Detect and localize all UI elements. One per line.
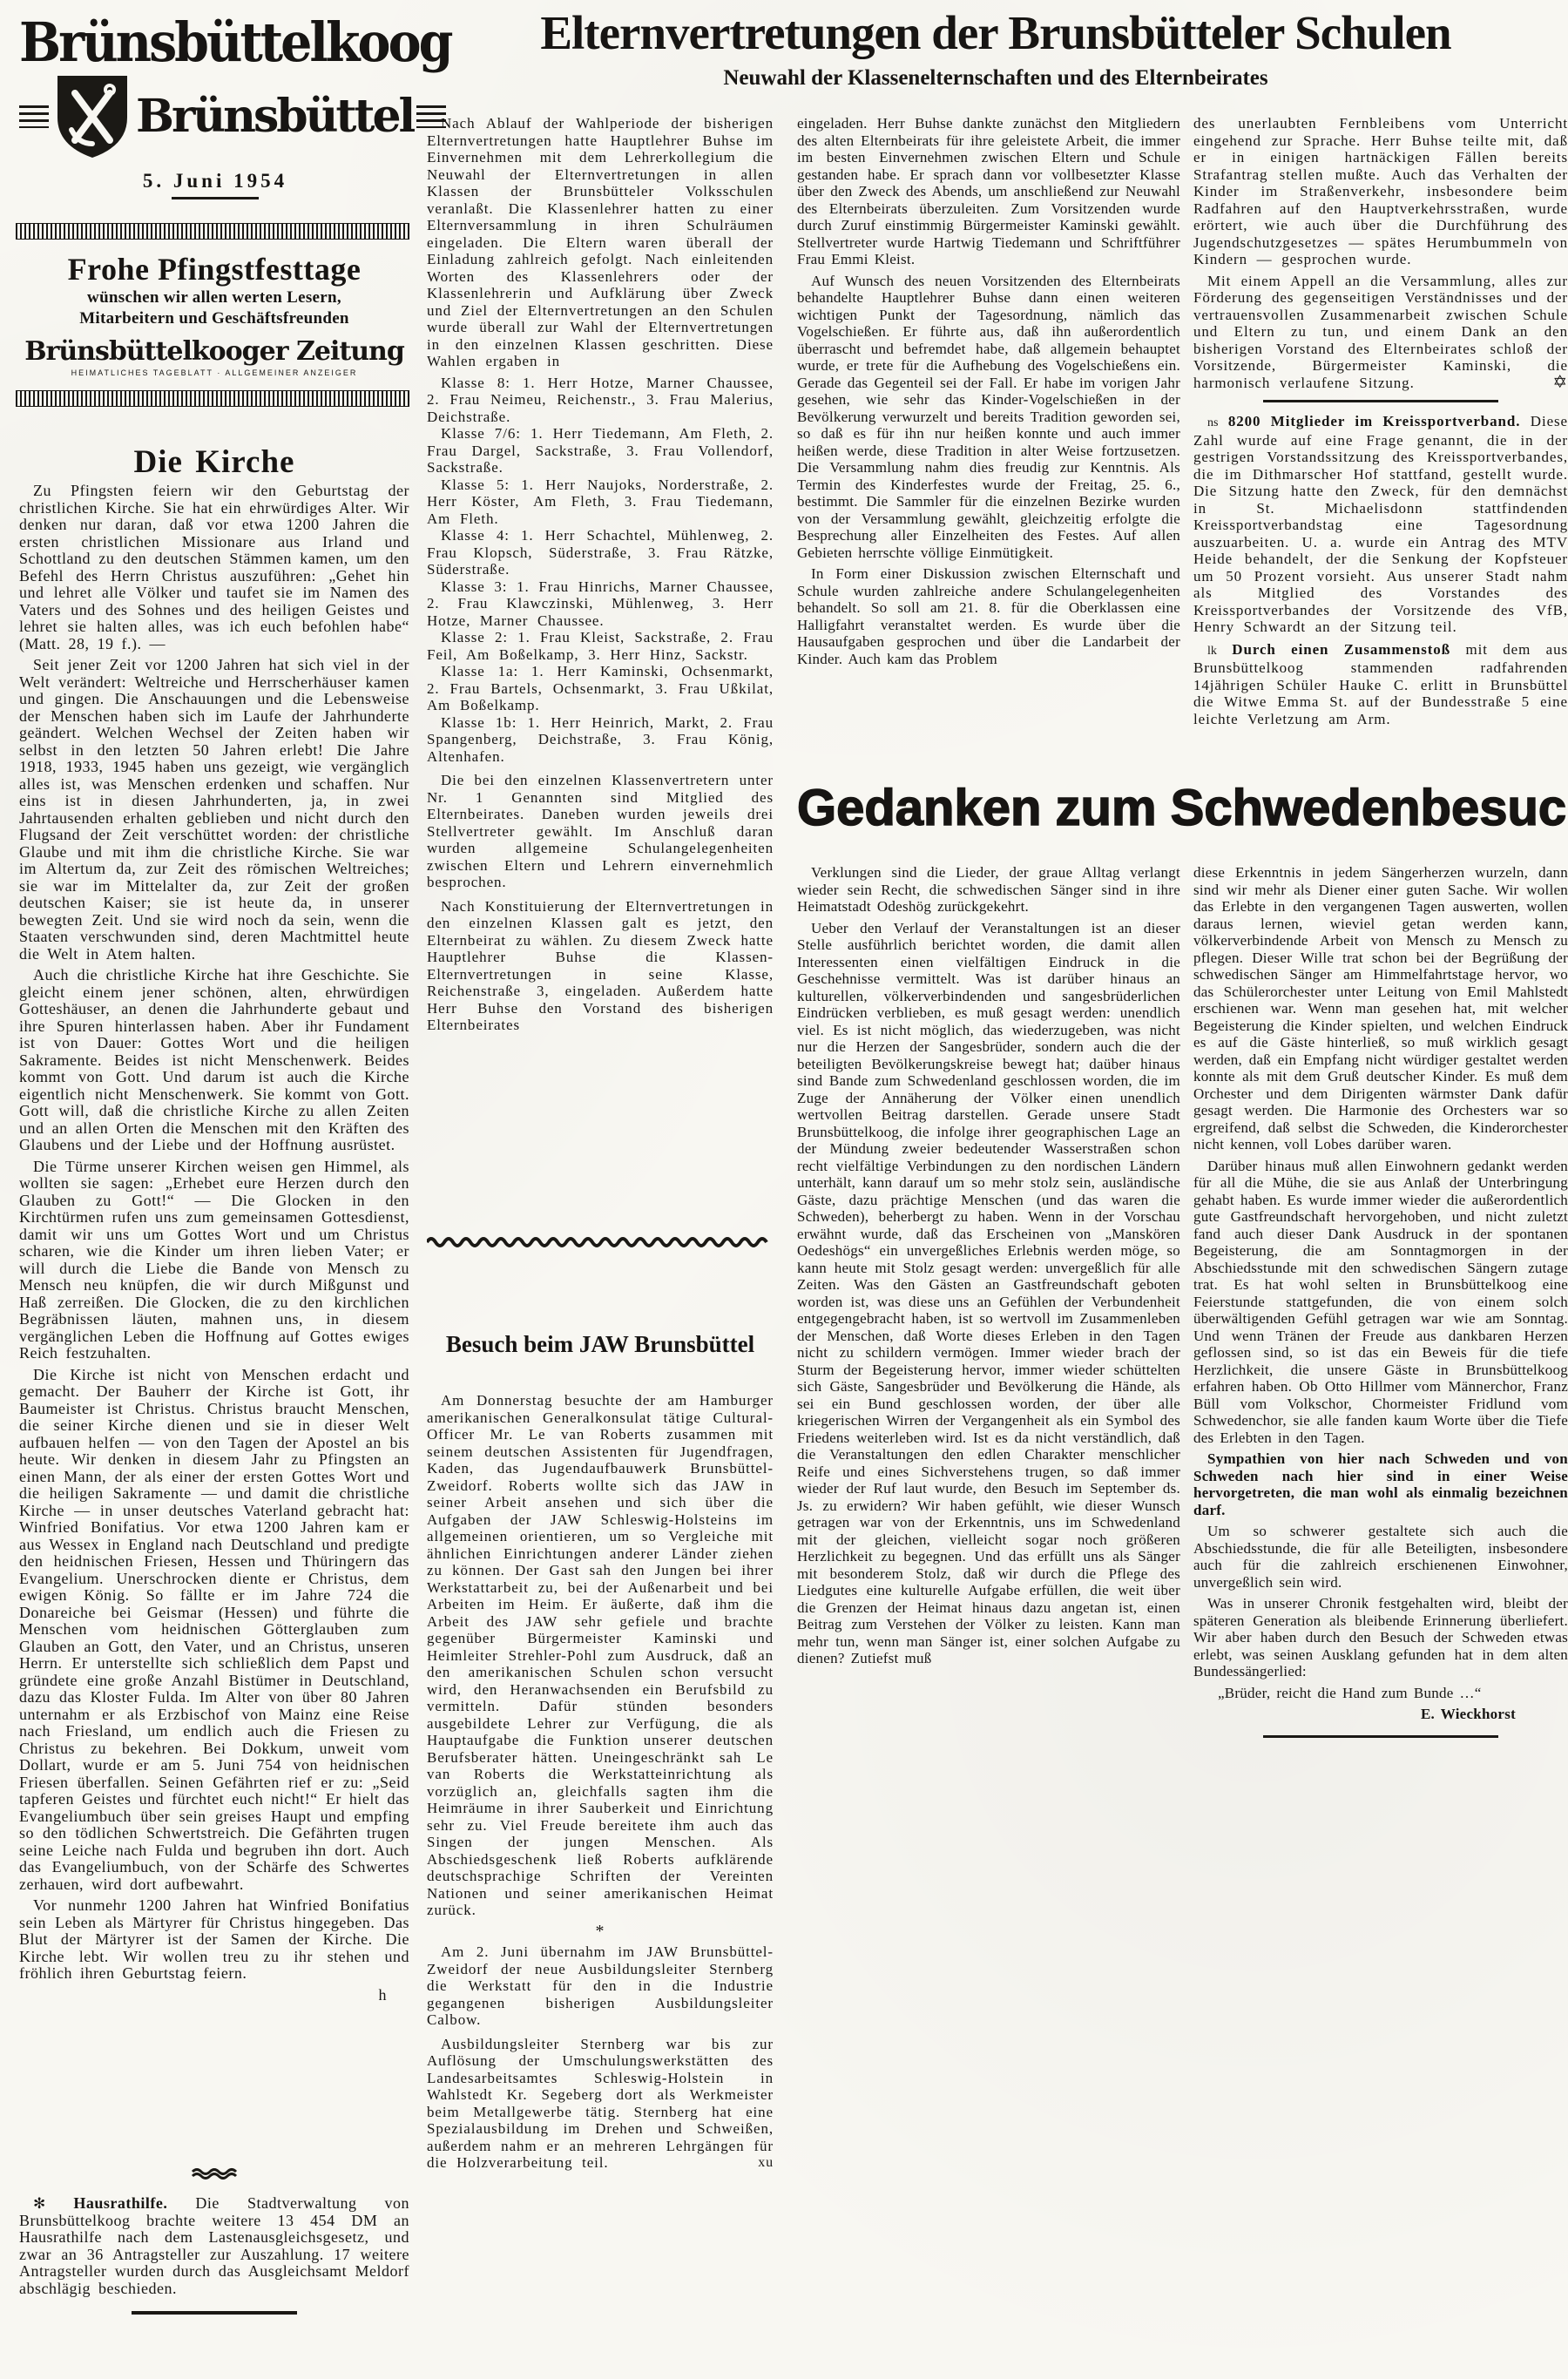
sidebar-bottom: ✻ Hausrathilfe. Die Stadtverwaltung von …	[19, 2167, 409, 2315]
sidebar-end-rule	[132, 2311, 297, 2315]
article-die-kirche: Die Kirche Zu Pfingsten feiern wir den G…	[19, 427, 409, 2147]
greeting-box: Frohe Pfingstfesttage wünschen wir allen…	[19, 251, 409, 377]
date-rule	[172, 197, 259, 199]
hausrathilfe-lead: Hausrathilfe.	[73, 2194, 167, 2212]
eltern-paragraph: In Form einer Diskussion zwischen Eltern…	[797, 565, 1180, 667]
eltern-column-2: eingeladen. Herr Buhse dankte zunächst d…	[797, 115, 1180, 793]
schweden-paragraph: diese Erkenntnis in jedem Sängerherzen w…	[1193, 864, 1568, 1153]
kirche-paragraph: Vor nunmehr 1200 Jahren hat Winfried Bon…	[19, 1897, 409, 1983]
masthead-row2: Brünsbüttel	[19, 72, 411, 161]
correspondent-mark: ns	[1207, 416, 1218, 429]
speed-lines-left-icon	[19, 105, 49, 128]
schweden-bold-paragraph: Sympathien von hier nach Schweden und vo…	[1193, 1450, 1568, 1518]
schweden-paragraph: Um so schwerer gestaltete sich auch die …	[1193, 1523, 1568, 1591]
kirche-paragraph: Die Türme unserer Kirchen weisen gen Him…	[19, 1159, 409, 1362]
zeitung-tagline: HEIMATLICHES TAGEBLATT · ALLGEMEINER ANZ…	[19, 368, 409, 377]
closing-quote: „Brüder, reicht die Hand zum Bunde …“	[1193, 1685, 1568, 1702]
jaw-paragraph: Ausbildungsleiter Sternberg war bis zur …	[427, 2036, 774, 2172]
class-result: Klasse 1b: 1. Herr Heinrich, Markt, 2. F…	[427, 714, 774, 766]
jaw-paragraph-text: Ausbildungsleiter Sternberg war bis zur …	[427, 2036, 774, 2172]
wave-divider-icon	[427, 1235, 774, 1249]
eltern-paragraph: Die bei den einzelnen Klassenvertretern …	[427, 772, 774, 891]
eltern-paragraph-text: Mit einem Appell an die Versammlung, all…	[1193, 273, 1568, 391]
eltern-column-1: Nach Ablauf der Wahlperiode der bisherig…	[427, 115, 774, 1223]
jaw-paragraph: Am Donnerstag besuchte der am Hamburger …	[427, 1392, 774, 1919]
article-jaw: Am Donnerstag besuchte der am Hamburger …	[427, 1392, 774, 2372]
issue-date: 5. Juni 1954	[19, 170, 411, 193]
schweden-paragraph: Darüber hinaus muß allen Einwohnern geda…	[1193, 1158, 1568, 1447]
eltern-paragraph: Mit einem Appell an die Versammlung, all…	[1193, 273, 1568, 392]
correspondent-mark: xu	[744, 2154, 774, 2172]
star-of-david-icon: ✡	[1538, 375, 1568, 391]
news-kreissportverband: ns 8200 Mitglieder im Kreissportverband.…	[1193, 413, 1568, 636]
class-result: Klasse 2: 1. Frau Kleist, Sackstraße, 2.…	[427, 629, 774, 663]
main-headline: Elternvertretungen der Brunsbütteler Sch…	[423, 5, 1568, 60]
class-result: Klasse 1a: 1. Herr Kaminski, Ochsenmarkt…	[427, 663, 774, 714]
masthead-title-line2: Brünsbüttel	[136, 94, 413, 139]
sport-lead: 8200 Mitglieder im Kreissportverband.	[1228, 413, 1521, 429]
eltern-paragraph: eingeladen. Herr Buhse dankte zunächst d…	[797, 115, 1180, 268]
kirche-paragraph: Seit jener Zeit vor 1200 Jahren hat sich…	[19, 657, 409, 963]
section-rule	[1263, 400, 1498, 402]
kirche-paragraph: Auch die christliche Kirche hat ihre Ges…	[19, 967, 409, 1154]
hatch-bar-top	[16, 223, 409, 240]
kirche-title: Die Kirche	[19, 454, 409, 471]
eltern-paragraph: Auf Wunsch des neuen Vorsitzenden des El…	[797, 273, 1180, 562]
greeting-headline: Frohe Pfingstfesttage	[19, 251, 409, 287]
jaw-headline: Besuch beim JAW Brunsbüttel	[427, 1331, 774, 1358]
class-results-list: Klasse 8: 1. Herr Hotze, Marner Chaussee…	[427, 375, 774, 766]
sport-text: Diese Zahl wurde auf eine Frage genannt,…	[1193, 413, 1568, 635]
author-initial: h	[19, 1987, 409, 2004]
eltern-column-3: des unerlaubten Fernbleibens vom Unterri…	[1193, 115, 1568, 862]
newspaper-page: Brünsbüttelkoog Brünsbüttel 5. Juni 1954…	[0, 0, 1568, 2379]
main-subheadline: Neuwahl der Klassenelternschaften und de…	[423, 66, 1568, 91]
class-result: Klasse 7/6: 1. Herr Tiedemann, Am Fleth,…	[427, 425, 774, 476]
eltern-paragraph: Nach Konstituierung der Elternvertretung…	[427, 898, 774, 1034]
eltern-intro: Nach Ablauf der Wahlperiode der bisherig…	[427, 115, 774, 370]
accident-lead: Durch einen Zusammenstoß	[1232, 641, 1450, 658]
hatch-bar-bottom	[16, 390, 409, 407]
news-hausrathilfe: ✻ Hausrathilfe. Die Stadtverwaltung von …	[19, 2195, 409, 2297]
schweden-paragraph: Ueber den Verlauf der Veranstaltungen is…	[797, 920, 1180, 1667]
wave-ornament-icon	[191, 2167, 238, 2180]
correspondent-mark: lk	[1207, 645, 1217, 658]
class-result: Klasse 4: 1. Herr Schachtel, Mühlenweg, …	[427, 527, 774, 578]
news-zusammenstoss: lk Durch einen Zusammenstoß mit dem aus …	[1193, 641, 1568, 728]
schweden-paragraph: Was in unserer Chronik festgehalten wird…	[1193, 1595, 1568, 1680]
kirche-paragraph: Die Kirche ist nicht von Menschen erdach…	[19, 1367, 409, 1894]
kirche-paragraph: Zu Pfingsten feiern wir den Geburtstag d…	[19, 483, 409, 652]
class-result: Klasse 8: 1. Herr Hotze, Marner Chaussee…	[427, 375, 774, 426]
eltern-paragraph: des unerlaubten Fernbleibens vom Unterri…	[1193, 115, 1568, 268]
asterisk-separator: *	[427, 1923, 774, 1941]
zeitung-logo: Brünsbüttelkooger Zeitung	[19, 336, 409, 367]
greeting-line2: Mitarbeitern und Geschäftsfreunden	[19, 308, 409, 329]
masthead-title-line1: Brünsbüttelkoog	[19, 16, 411, 70]
greeting-line1: wünschen wir allen werten Lesern,	[19, 287, 409, 308]
star-icon: ✻	[33, 2195, 45, 2212]
anchor-shovel-crest-icon	[52, 72, 132, 161]
masthead: Brünsbüttelkoog Brünsbüttel 5. Juni 1954	[19, 16, 411, 199]
jaw-paragraph: Am 2. Juni übernahm im JAW Brunsbüttel-Z…	[427, 1943, 774, 2029]
author-signature: E. Wieckhorst	[1193, 1706, 1568, 1723]
schweden-column-left: Verklungen sind die Lieder, der graue Al…	[797, 864, 1180, 1969]
schweden-paragraph: Verklungen sind die Lieder, der graue Al…	[797, 864, 1180, 916]
article-end-rule	[1263, 1735, 1498, 1738]
schweden-column-right: diese Erkenntnis in jedem Sängerherzen w…	[1193, 864, 1568, 1788]
class-result: Klasse 5: 1. Herr Naujoks, Norderstraße,…	[427, 476, 774, 528]
class-result: Klasse 3: 1. Frau Hinrichs, Marner Chaus…	[427, 578, 774, 630]
